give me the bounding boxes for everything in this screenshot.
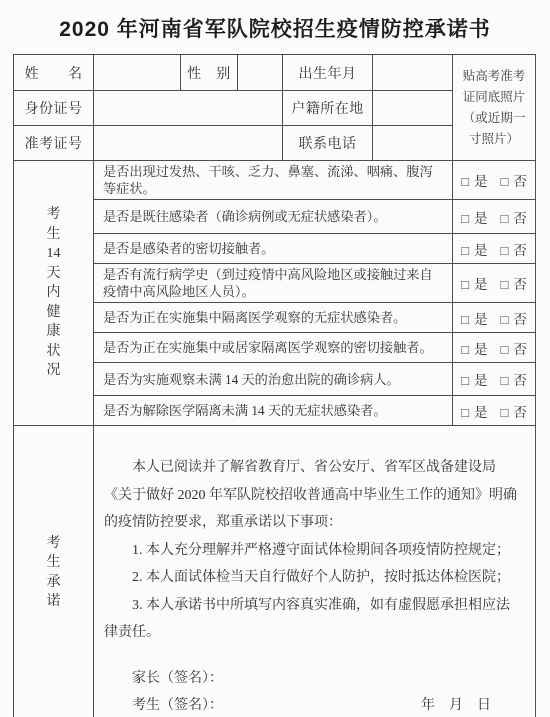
phone-label: 联系电话 [283, 126, 373, 161]
yes-label: 是 [474, 373, 488, 388]
checkbox-no-icon[interactable]: □ [501, 342, 509, 358]
question-text: 是否为正在实施集中隔离医学观察的无症状感染者。 [94, 303, 453, 333]
commitment-section-label: 考 生 承 诺 [14, 426, 94, 717]
birth-label: 出生年月 [283, 55, 373, 91]
no-label: 否 [513, 373, 527, 388]
commitment-row: 考 生 承 诺 本人已阅读并了解省教育厅、省公安厅、省军区战备建设局《关于做好 … [14, 426, 536, 717]
checkbox-yes-icon[interactable]: □ [461, 243, 469, 259]
checkbox-no-icon[interactable]: □ [501, 211, 509, 227]
checkbox-no-icon[interactable]: □ [501, 312, 509, 328]
checkbox-no-icon[interactable]: □ [501, 243, 509, 259]
no-label: 否 [513, 174, 527, 189]
question-text: 是否是既往感染者（确诊病例或无症状感染者）。 [94, 200, 453, 234]
name-label: 姓 名 [14, 55, 94, 91]
yes-no-cell: □是□否 [453, 363, 536, 396]
question-text: 是否为实施观察未满 14 天的治愈出院的确诊病人。 [94, 363, 453, 396]
page: 2020 年河南省军队院校招生疫情防控承诺书 姓 名 性 别 出生年月 贴高考准… [0, 0, 550, 717]
no-label: 否 [513, 405, 527, 420]
form-table: 姓 名 性 别 出生年月 贴高考准考证同底照片（或近期一寸照片） 身份证号 户籍… [13, 54, 536, 717]
yes-label: 是 [474, 174, 488, 189]
residence-input-cell[interactable] [373, 91, 453, 126]
exam-number-label: 准考证号 [14, 126, 94, 161]
checkbox-no-icon[interactable]: □ [501, 405, 509, 421]
candidate-signature-row: 考生（签名）： 年 月 日 [132, 692, 523, 717]
no-label: 否 [513, 342, 527, 357]
commitment-item-2: 2. 本人面试体检当天自行做好个人防护，按时抵达体检医院； [104, 564, 523, 592]
gender-label: 性 别 [181, 55, 238, 91]
residence-label: 户籍所在地 [283, 91, 373, 126]
question-row: 考 生 14 天 内 健 康 状 况 是否出现过发热、干咳、乏力、鼻塞、流涕、咽… [14, 161, 536, 200]
yes-no-cell: □是□否 [453, 200, 536, 234]
checkbox-yes-icon[interactable]: □ [461, 174, 469, 190]
yes-no-cell: □是□否 [453, 161, 536, 200]
commitment-content: 本人已阅读并了解省教育厅、省公安厅、省军区战备建设局《关于做好 2020 年军队… [94, 426, 536, 717]
yes-label: 是 [474, 312, 488, 327]
page-title: 2020 年河南省军队院校招生疫情防控承诺书 [0, 0, 550, 43]
id-number-label: 身份证号 [14, 91, 94, 126]
phone-input-cell[interactable] [373, 126, 453, 161]
no-label: 否 [513, 277, 527, 292]
signature-block: 家长（签名）： 考生（签名）： 年 月 日 [132, 665, 523, 717]
checkbox-yes-icon[interactable]: □ [461, 405, 469, 421]
yes-label: 是 [474, 405, 488, 420]
date-label: 年 月 日 [421, 692, 491, 717]
checkbox-no-icon[interactable]: □ [501, 277, 509, 293]
checkbox-yes-icon[interactable]: □ [461, 312, 469, 328]
name-input-cell[interactable] [94, 55, 181, 91]
yes-no-cell: □是□否 [453, 396, 536, 426]
question-text: 是否是感染者的密切接触者。 [94, 234, 453, 264]
question-text: 是否出现过发热、干咳、乏力、鼻塞、流涕、咽痛、腹泻等症状。 [94, 161, 453, 200]
question-text: 是否有流行病学史（到过疫情中高风险地区或接触过来自疫情中高风险地区人员）。 [94, 264, 453, 303]
commitment-item-1: 1. 本人充分理解并严格遵守面试体检期间各项疫情防控规定； [104, 537, 523, 565]
commitment-paragraph: 本人已阅读并了解省教育厅、省公安厅、省军区战备建设局《关于做好 2020 年军队… [104, 454, 523, 537]
candidate-signature-label: 考生（签名）： [132, 692, 223, 717]
birth-input-cell[interactable] [373, 55, 453, 91]
yes-label: 是 [474, 342, 488, 357]
yes-label: 是 [474, 211, 488, 226]
checkbox-yes-icon[interactable]: □ [461, 211, 469, 227]
question-text: 是否为解除医学隔离未满 14 天的无症状感染者。 [94, 396, 453, 426]
no-label: 否 [513, 243, 527, 258]
yes-no-cell: □是□否 [453, 264, 536, 303]
health-section-label: 考 生 14 天 内 健 康 状 况 [14, 161, 94, 426]
yes-label: 是 [474, 277, 488, 292]
checkbox-yes-icon[interactable]: □ [461, 342, 469, 358]
yes-label: 是 [474, 243, 488, 258]
yes-no-cell: □是□否 [453, 234, 536, 264]
no-label: 否 [513, 312, 527, 327]
id-number-input-cell[interactable] [94, 91, 283, 126]
exam-number-input-cell[interactable] [94, 126, 283, 161]
parent-signature-label: 家长（签名）： [132, 665, 523, 693]
checkbox-yes-icon[interactable]: □ [461, 277, 469, 293]
question-text: 是否为正在实施集中或居家隔离医学观察的密切接触者。 [94, 333, 453, 363]
checkbox-no-icon[interactable]: □ [501, 373, 509, 389]
checkbox-yes-icon[interactable]: □ [461, 373, 469, 389]
no-label: 否 [513, 211, 527, 226]
yes-no-cell: □是□否 [453, 333, 536, 363]
gender-input-cell[interactable] [238, 55, 283, 91]
yes-no-cell: □是□否 [453, 303, 536, 333]
checkbox-no-icon[interactable]: □ [501, 174, 509, 190]
commitment-item-3: 3. 本人承诺书中所填写内容真实准确，如有虚假愿承担相应法律责任。 [104, 592, 523, 647]
photo-placeholder: 贴高考准考证同底照片（或近期一寸照片） [453, 55, 536, 161]
info-row-1: 姓 名 性 别 出生年月 贴高考准考证同底照片（或近期一寸照片） [14, 55, 536, 91]
